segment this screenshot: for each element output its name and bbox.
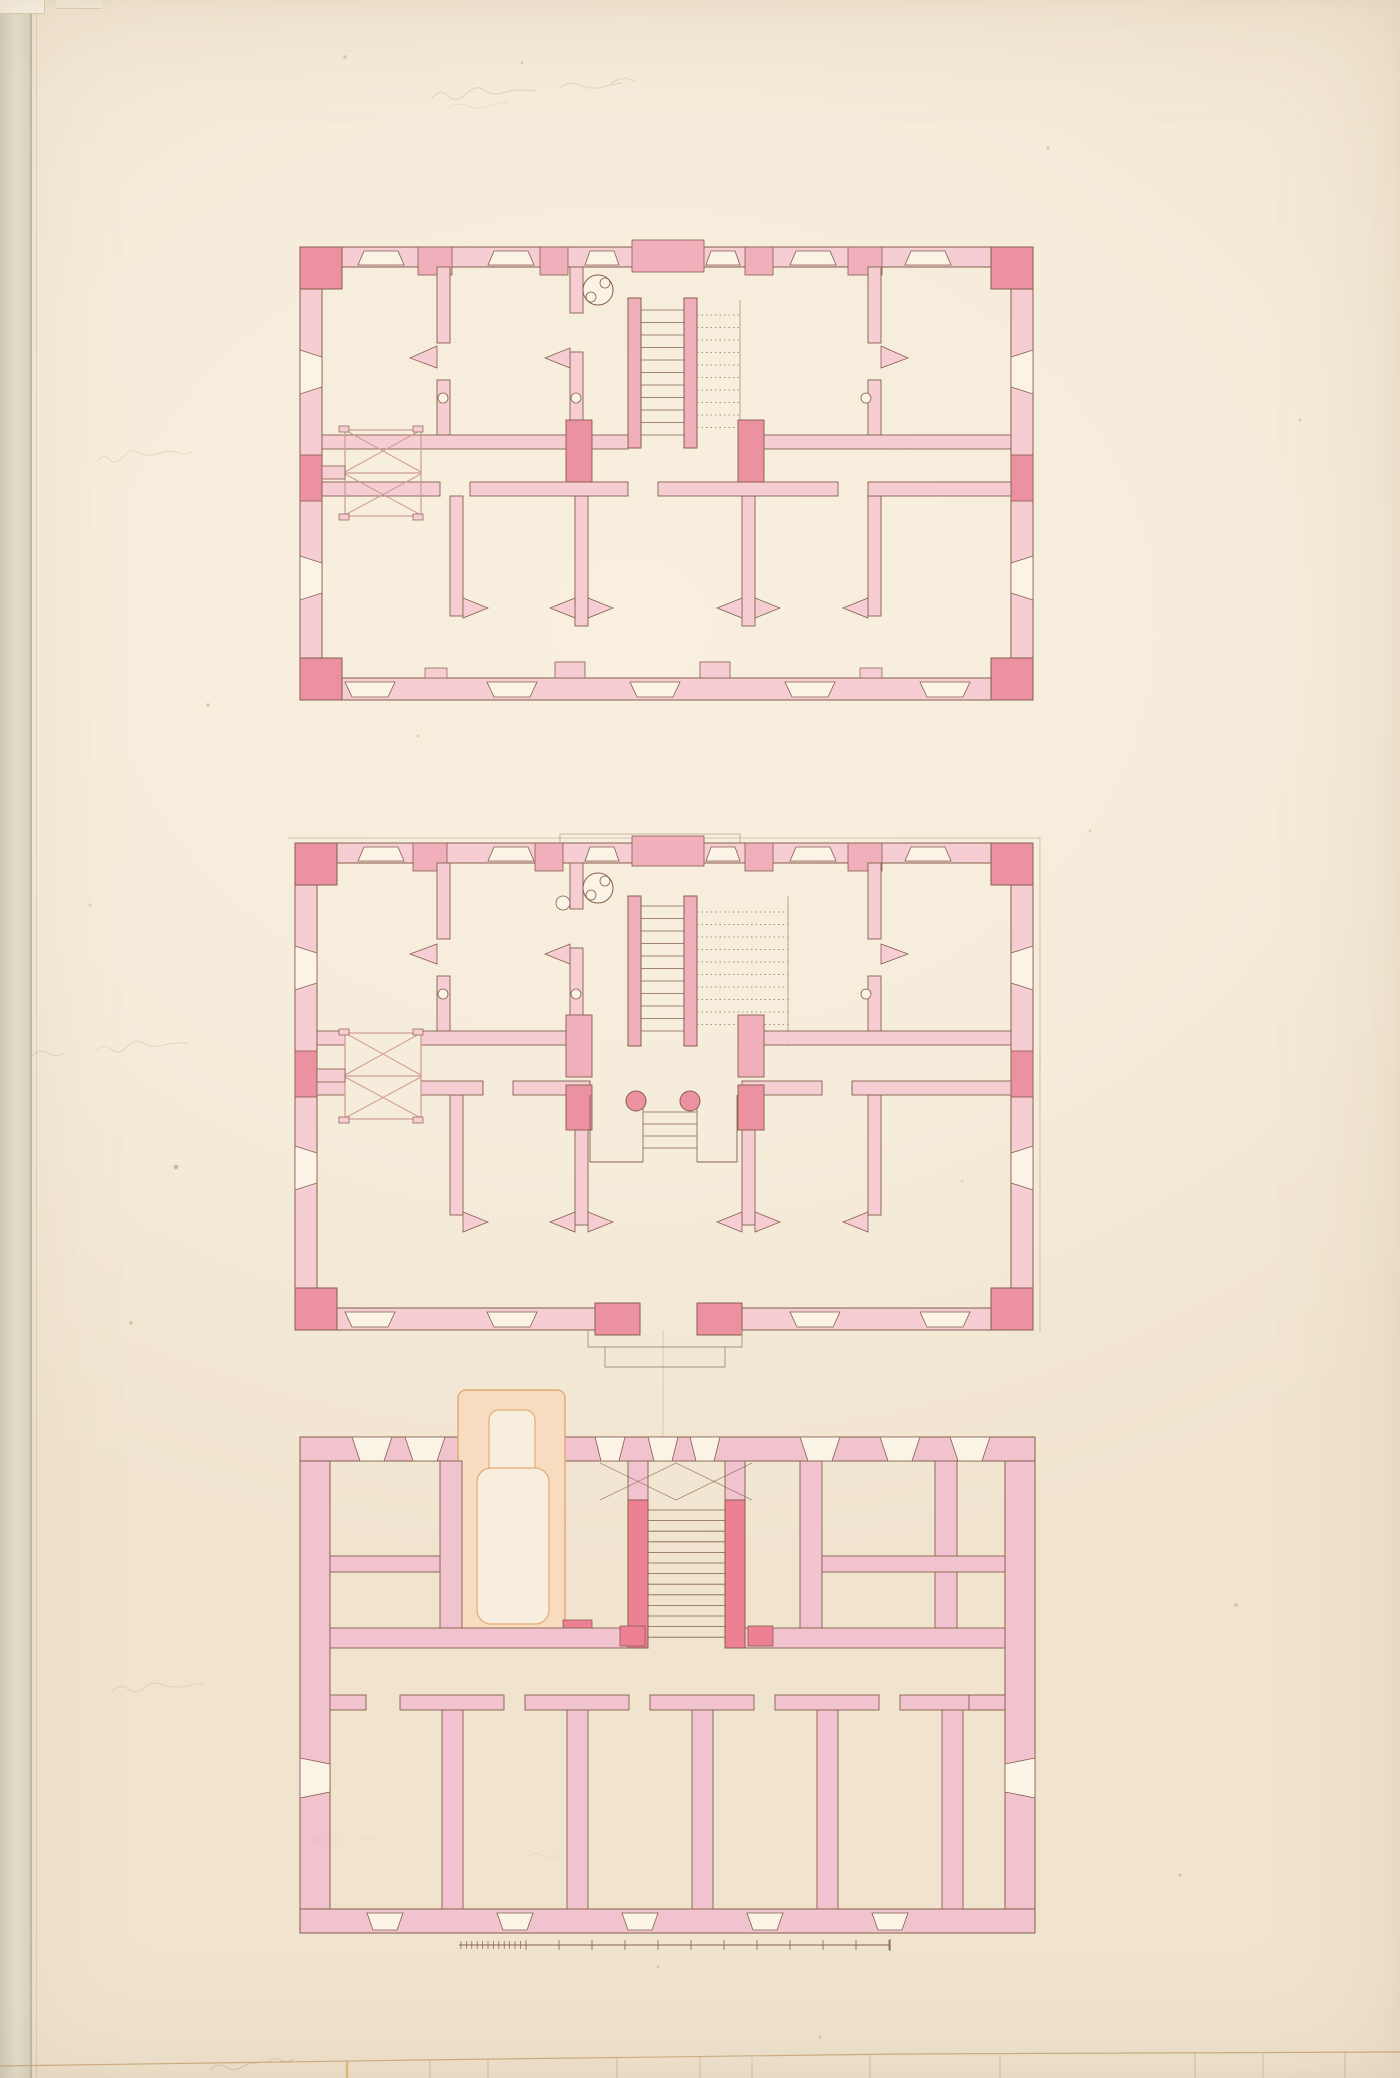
speck (89, 904, 92, 907)
shaft-cap (413, 1117, 423, 1123)
partition (935, 1461, 957, 1628)
window (300, 350, 322, 394)
partition (570, 863, 583, 909)
chimney-flag (463, 1212, 488, 1232)
inscription-top-2 (448, 103, 508, 108)
chimney-flag (755, 598, 780, 618)
speck (174, 1165, 179, 1170)
corridor-cap (650, 1695, 754, 1710)
stair-foot-block (620, 1626, 645, 1646)
corridor-pier (738, 420, 764, 482)
chimney-flag (545, 944, 570, 964)
oven-body (477, 1468, 549, 1624)
partition (437, 267, 450, 343)
partition (450, 496, 463, 616)
partition (450, 1095, 463, 1215)
door-pivot (571, 393, 581, 403)
corridor-cap (775, 1695, 879, 1710)
window (488, 847, 534, 861)
door-pivot (861, 393, 871, 403)
chimney-flag (463, 598, 488, 618)
window (1011, 946, 1033, 990)
partition (742, 496, 755, 626)
wall-stub (425, 668, 447, 678)
window (1011, 556, 1033, 600)
partition (868, 267, 881, 343)
corridor-wall (470, 482, 628, 496)
corridor-wall (317, 1081, 345, 1095)
partition (800, 1461, 822, 1628)
corridor-cap (330, 1695, 366, 1710)
window (785, 682, 835, 697)
window (872, 1913, 908, 1930)
corridor-wall (742, 435, 1011, 449)
chimney-flag (881, 346, 908, 368)
shaft-connector (317, 1069, 345, 1082)
window (585, 251, 619, 265)
hall-pier (738, 1085, 764, 1130)
scale-bar (459, 1939, 890, 1951)
corner-block (295, 843, 337, 885)
outer-wall-right (1005, 1461, 1035, 1909)
cross-wall (330, 1556, 440, 1572)
chimney-flag (588, 598, 613, 618)
speck (1089, 830, 1092, 833)
door-pivot (438, 989, 448, 999)
margin-note-3 (112, 1683, 205, 1692)
corner-block (300, 658, 342, 700)
shaft-cap (339, 1029, 349, 1035)
speck (1046, 146, 1049, 149)
stair-stringer (628, 896, 641, 1046)
chimney-flag (717, 1212, 742, 1232)
outer-wall-left (300, 1461, 330, 1909)
entrance-jamb (595, 1303, 640, 1335)
chimney-flag (545, 348, 570, 368)
stair-head-block (632, 836, 704, 866)
cellar-partition (942, 1710, 963, 1909)
cellar-partition (442, 1710, 463, 1909)
door-pivot (438, 393, 448, 403)
corridor-pier (566, 420, 592, 482)
door-pivot (571, 989, 581, 999)
partition (868, 1095, 881, 1215)
window (487, 1312, 537, 1327)
window (295, 1146, 317, 1190)
outer-wall-bottom (295, 1308, 595, 1330)
partition (868, 496, 881, 616)
corridor-wall (742, 1031, 1011, 1045)
chimney-flag (755, 1212, 780, 1232)
window (345, 682, 395, 697)
shaft-cap (339, 1117, 349, 1123)
corner-block (300, 247, 342, 289)
window (905, 251, 951, 265)
stair-head-block (632, 240, 704, 272)
pilaster (540, 247, 568, 275)
stair-stringer (725, 1500, 745, 1648)
partition (437, 380, 450, 435)
window (790, 847, 836, 861)
room-dimension-marks (310, 1835, 560, 1858)
next-page-scrawl (210, 2058, 294, 2070)
door-pivot (861, 989, 871, 999)
window (630, 682, 680, 697)
partition (575, 496, 588, 626)
chimney-flag (717, 598, 742, 618)
corridor-wall (745, 1628, 1005, 1648)
chimney-flag (410, 944, 437, 964)
window (622, 1913, 658, 1930)
window (497, 1913, 533, 1930)
stair-stringer (684, 896, 697, 1046)
window (905, 847, 951, 861)
shaft-cap (413, 514, 423, 520)
corridor-cap (525, 1695, 629, 1710)
wall-stub (555, 662, 585, 678)
speck (657, 1966, 660, 1969)
corridor-wall (658, 482, 838, 496)
chimney-flag (550, 1212, 575, 1232)
corner-block (991, 247, 1033, 289)
window (1011, 1146, 1033, 1190)
cellar-partition (817, 1710, 838, 1909)
corridor-wall (421, 1081, 483, 1095)
partition (440, 1461, 462, 1628)
speck (819, 2036, 822, 2039)
window (300, 556, 322, 600)
pilaster (745, 247, 773, 275)
window (920, 1312, 970, 1327)
window (487, 682, 537, 697)
speck (417, 735, 420, 738)
speck (1178, 1873, 1181, 1876)
plan-basement (300, 1390, 1035, 1933)
drawing-svg (0, 0, 1400, 2078)
partition (437, 863, 450, 939)
corridor-wall (421, 1031, 590, 1045)
stair-stringer (628, 298, 641, 448)
chimney-flag (881, 944, 908, 964)
album-page (0, 0, 1400, 2078)
shaft-cap (339, 426, 349, 432)
corner-block (991, 658, 1033, 700)
corridor-wall (868, 482, 1011, 496)
window (295, 946, 317, 990)
outer-wall-bottom (300, 1909, 1035, 1933)
partition (437, 976, 450, 1031)
wall-pier (295, 1051, 317, 1097)
shaft-cap (339, 514, 349, 520)
window (367, 1913, 403, 1930)
porch-step (605, 1347, 725, 1367)
window (358, 251, 404, 265)
cellar-partition (567, 1710, 588, 1909)
speck (521, 62, 524, 65)
chimney-flag (843, 1212, 868, 1232)
stair-stringer (684, 298, 697, 448)
entrance-jamb (697, 1303, 742, 1335)
corner-block (991, 1288, 1033, 1330)
plan-upper-floor (300, 240, 1033, 700)
corner-block (295, 1288, 337, 1330)
window (706, 251, 740, 265)
speck (129, 1321, 132, 1324)
window (790, 1312, 840, 1327)
stair-jamb (628, 1461, 648, 1501)
window (920, 682, 970, 697)
corridor-wall (852, 1081, 1011, 1095)
pilaster (745, 843, 773, 871)
wall-stub (700, 662, 730, 678)
page-bottom-edge (0, 2052, 1400, 2078)
hall-pier (566, 1085, 592, 1130)
speck (343, 55, 346, 58)
partition (868, 976, 881, 1031)
corridor-wall (330, 1628, 628, 1648)
margin-note-2 (32, 1041, 189, 1056)
speck (1234, 1603, 1238, 1607)
column (626, 1091, 646, 1111)
corridor-pier (566, 1015, 592, 1077)
cross-wall (822, 1556, 1005, 1572)
wall-pier (1011, 1051, 1033, 1097)
window (747, 1913, 783, 1930)
partition (570, 267, 583, 313)
wall-stub (860, 668, 882, 678)
window (1011, 350, 1033, 394)
window (358, 847, 404, 861)
margin-note-1 (97, 451, 193, 462)
corridor-pier (738, 1015, 764, 1077)
window (488, 251, 534, 265)
speck (206, 703, 210, 707)
chimney-flag (843, 598, 868, 618)
inscription-top (432, 78, 636, 99)
outer-wall-bottom (742, 1308, 1033, 1330)
chimney-flag (550, 598, 575, 618)
chimney-flag (410, 346, 437, 368)
window (1005, 1758, 1035, 1798)
stair-foot-block (748, 1626, 773, 1646)
wall-pier (1011, 455, 1033, 501)
shaft-cap (413, 1029, 423, 1035)
window (345, 1312, 395, 1327)
plan-main-floor (288, 834, 1040, 1437)
window (585, 847, 619, 861)
corner-block (991, 843, 1033, 885)
corridor-cap (400, 1695, 504, 1710)
corridor-cap (969, 1695, 1005, 1710)
stove-small (556, 896, 570, 910)
shaft-connector (322, 466, 345, 479)
speck (1299, 419, 1302, 422)
shaft-cap (413, 426, 423, 432)
window (706, 847, 740, 861)
speck (961, 1180, 964, 1183)
partition (868, 863, 881, 939)
pilaster (535, 843, 563, 871)
partition (868, 380, 881, 435)
wall-pier (300, 455, 322, 501)
cellar-partition (692, 1710, 713, 1909)
window (300, 1758, 330, 1798)
window (790, 251, 836, 265)
chimney-flag (588, 1212, 613, 1232)
column (680, 1091, 700, 1111)
